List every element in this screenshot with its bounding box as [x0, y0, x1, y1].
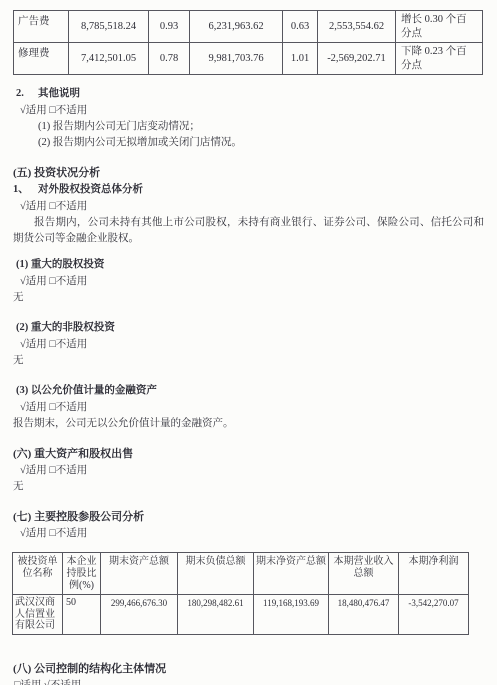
heading-title: 对外股权投资总体分析	[38, 184, 143, 195]
expense-change: 2,553,554.62	[318, 11, 396, 43]
heading-major-non-equity-investment: (2) 重大的非股权投资	[16, 321, 497, 335]
heading-other-notes: 2.其他说明	[16, 87, 497, 101]
content-none: 无	[13, 354, 497, 368]
list-item: (1) 报告期内公司无门店变动情况；	[38, 119, 497, 134]
heading-title: 其他说明	[38, 88, 80, 99]
expense-prior-amount: 6,231,963.62	[190, 11, 283, 43]
heading-overall-equity-investment: 1、对外股权投资总体分析	[13, 183, 497, 197]
table-row-repair: 修理费 7,412,501.05 0.78 9,981,703.76 1.01 …	[14, 43, 483, 75]
col-header-total-assets: 期末资产总额	[101, 553, 178, 595]
applicability-line: √适用 □不适用	[20, 275, 497, 289]
cell-holding-ratio: 50	[63, 595, 101, 635]
subsidiaries-table: 被投资单位名称 本企业持股比例(%) 期末资产总额 期末负债总额 期末净资产总额…	[12, 552, 469, 635]
content-fair-value-assets: 报告期末，公司无以公允价值计量的金融资产。	[13, 417, 497, 431]
expense-prior-amount: 9,981,703.76	[190, 43, 283, 75]
applicability-line: √适用 □不适用	[20, 104, 497, 118]
col-header-revenue: 本期营业收入总额	[329, 553, 399, 595]
paragraph-overall-equity: 报告期内，公司未持有其他上市公司股权，未持有商业银行、证券公司、保险公司、信托公…	[13, 215, 484, 246]
heading-major-asset-sale: (六) 重大资产和股权出售	[13, 447, 497, 461]
heading-structured-entities: (八) 公司控制的结构化主体情况	[13, 662, 497, 676]
table-header-row: 被投资单位名称 本企业持股比例(%) 期末资产总额 期末负债总额 期末净资产总额…	[13, 553, 469, 595]
cell-revenue: 18,480,476.47	[329, 595, 399, 635]
col-header-net-assets: 期末净资产总额	[254, 553, 329, 595]
expense-ratio: 0.78	[149, 43, 190, 75]
cell-total-liabilities: 180,298,482.61	[178, 595, 254, 635]
applicability-line: √适用 □不适用	[20, 338, 497, 352]
col-header-net-profit: 本期净利润	[399, 553, 469, 595]
expense-change-note: 增长 0.30 个百分点	[396, 11, 483, 43]
applicability-line: √适用 □不适用	[20, 527, 497, 541]
cell-net-profit: -3,542,270.07	[399, 595, 469, 635]
expense-ratio: 0.93	[149, 11, 190, 43]
expense-amount: 7,412,501.05	[69, 43, 149, 75]
heading-subsidiaries-analysis: (七) 主要控股参股公司分析	[13, 510, 497, 524]
expense-change-note: 下降 0.23 个百分点	[396, 43, 483, 75]
content-none: 无	[13, 480, 497, 494]
heading-major-equity-investment: (1) 重大的股权投资	[16, 258, 497, 272]
applicability-line: √适用 □不适用	[20, 401, 497, 415]
expense-prior-ratio: 0.63	[283, 11, 318, 43]
col-header-investee-name: 被投资单位名称	[13, 553, 63, 595]
applicability-line: √适用 □不适用	[20, 200, 497, 214]
applicability-line: √适用 □不适用	[20, 464, 497, 478]
document-page: 广告费 8,785,518.24 0.93 6,231,963.62 0.63 …	[0, 0, 497, 685]
content-none: 无	[13, 291, 497, 305]
cell-total-assets: 299,466,676.30	[101, 595, 178, 635]
heading-fair-value-assets: (3) 以公允价值计量的金融资产	[16, 384, 497, 398]
expense-label: 修理费	[14, 43, 69, 75]
applicability-line: □适用 √不适用	[14, 679, 497, 685]
heading-investment-analysis: (五) 投资状况分析	[13, 166, 497, 180]
cell-investee-name: 武汉汉商人信置业有限公司	[13, 595, 63, 635]
expense-amount: 8,785,518.24	[69, 11, 149, 43]
heading-number: 1、	[13, 183, 38, 197]
expense-change: -2,569,202.71	[318, 43, 396, 75]
col-header-total-liabilities: 期末负债总额	[178, 553, 254, 595]
expense-label: 广告费	[14, 11, 69, 43]
expense-prior-ratio: 1.01	[283, 43, 318, 75]
expense-comparison-table: 广告费 8,785,518.24 0.93 6,231,963.62 0.63 …	[13, 10, 483, 75]
table-row-advertising: 广告费 8,785,518.24 0.93 6,231,963.62 0.63 …	[14, 11, 483, 43]
cell-net-assets: 119,168,193.69	[254, 595, 329, 635]
col-header-holding-ratio: 本企业持股比例(%)	[63, 553, 101, 595]
table-row-subsidiary: 武汉汉商人信置业有限公司 50 299,466,676.30 180,298,4…	[13, 595, 469, 635]
list-item: (2) 报告期内公司无拟增加或关闭门店情况。	[38, 135, 497, 150]
heading-number: 2.	[16, 87, 38, 101]
